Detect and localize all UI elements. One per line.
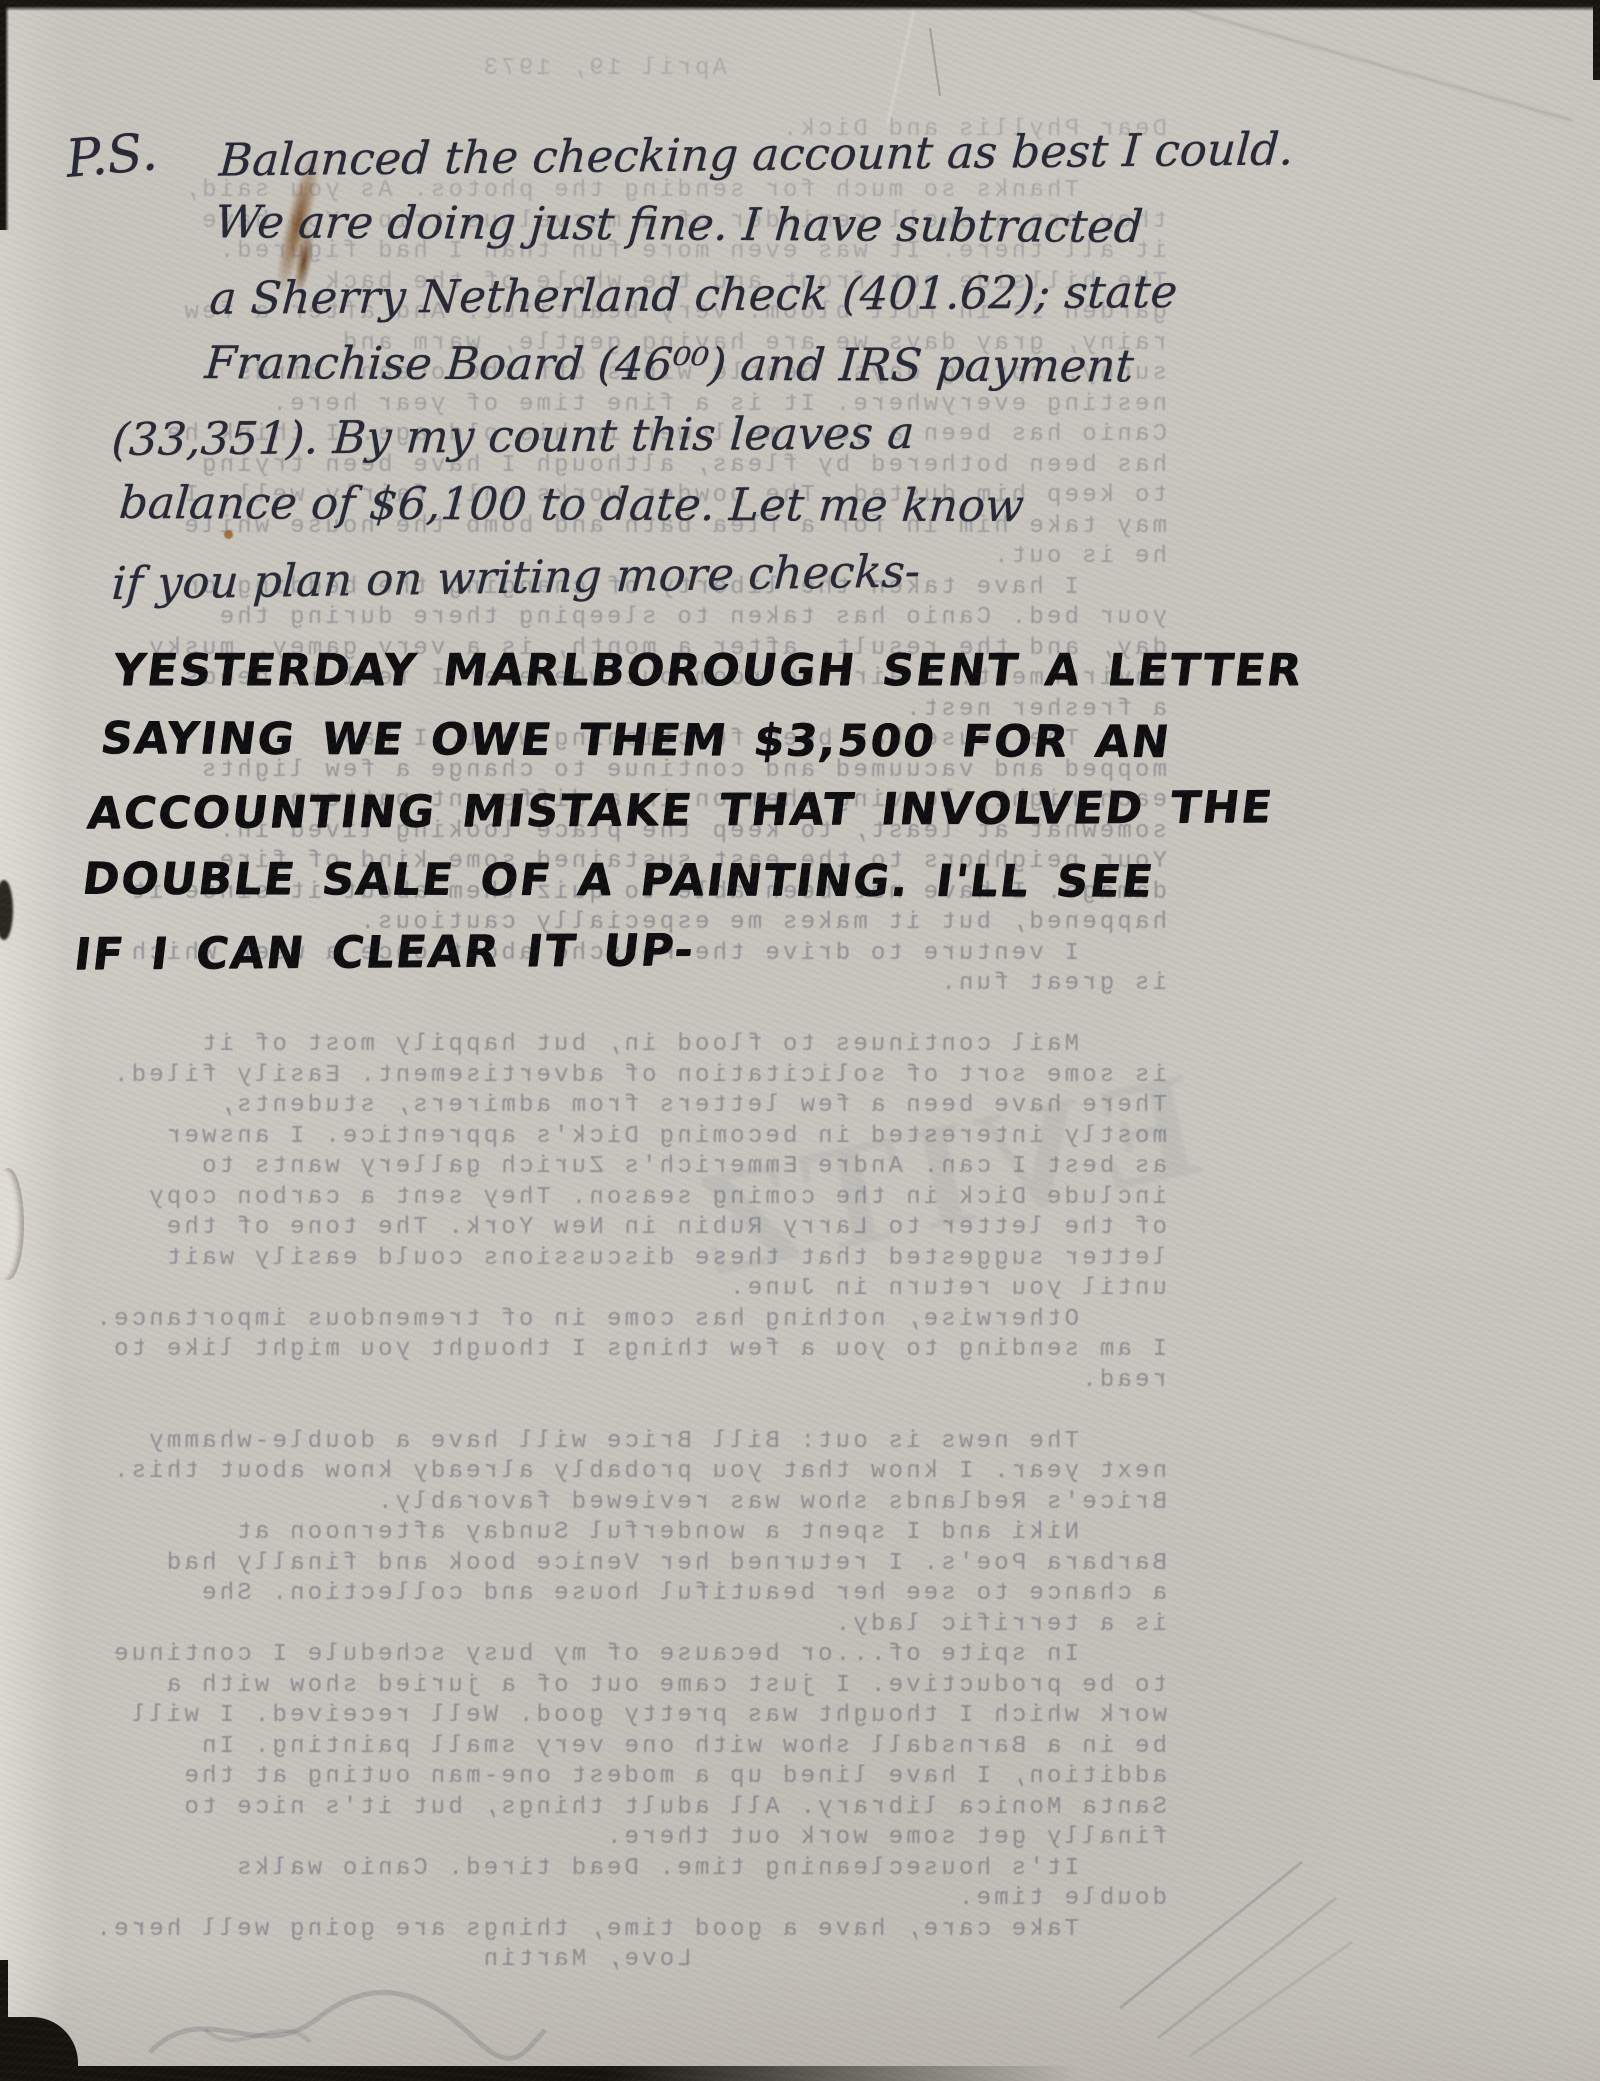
bleedthrough-typed-line: The news is out: Bill Brice will have a … [55,1427,1167,1458]
bleedthrough-typed-line [55,85,1167,116]
paper-chip-left [0,880,13,940]
marker-note-line: ACCOUNTING MISTAKE THAT INVOLVED THE [84,773,1290,849]
pen-note-line: a Sherry Netherland check (401.62); stat… [207,256,1285,333]
bleedthrough-typed-line: until you return in June. [55,1274,1167,1305]
ps-label: P.S. [64,122,160,190]
bleedthrough-typed-line: It's housecleaning time. Dead tired. Can… [55,1854,1167,1885]
paper-tear-left [0,1168,24,1280]
bleedthrough-typed-line: Take care, have a good time, things are … [55,1915,1167,1946]
scan-corner-bottom-left [0,2017,78,2081]
bleedthrough-typed-line: Love, Martin [55,1945,1167,1976]
bleedthrough-typed-line: Mail continues to flood in, but happily … [55,1030,1167,1061]
bleedthrough-typed-line: Brice's Redlands show was reviewed favor… [55,1488,1167,1519]
scan-edge-left [0,0,9,230]
marker-note-line: SAYING WE OWE THEM $3,500 FOR AN [96,704,1298,778]
pen-note-line: Balanced the checking account as best I … [217,114,1295,195]
bleedthrough-typed-line: I am sending to you a few things I thoug… [55,1335,1167,1366]
bleedthrough-typed-line: next year. I know that you probably alre… [55,1457,1167,1488]
bleedthrough-typed-line: work which I thought was pretty good. We… [55,1701,1167,1732]
bleedthrough-typed-line [55,1396,1167,1427]
marker-note-line: DOUBLE SALE OF A PAINTING. I'LL SEE [78,844,1281,917]
pen-note-line: if you plan on writing more checks- [110,531,1266,619]
pen-note-line: balance of $6,100 to date. Let me know [117,468,1271,542]
pen-note-line: We are doing just fine. I have subtracte… [212,187,1290,263]
pen-postscript-note: Balanced the checking account as best I … [188,120,1296,610]
marker-note-line: YESTERDAY MARLBOROUGH SENT A LETTER [109,636,1307,706]
scan-edge-bottom [0,2066,1100,2081]
bleedthrough-typed-line: to be productive. I just came out of a j… [55,1671,1167,1702]
bleedthrough-typed-line: Niki and I spent a wonderful Sunday afte… [55,1518,1167,1549]
bleedthrough-typed-line [55,1000,1167,1031]
bleedthrough-typed-line: Barbara Poe's. I returned her Venice boo… [55,1549,1167,1580]
scan-edge-right-top [1593,0,1600,80]
bleedthrough-typed-line: April 19, 1973 [55,54,1167,85]
pen-note-line: Franchise Board (46⁰⁰) and IRS payment [203,328,1281,402]
paper-crease-diagonal [1158,1,1572,121]
bleedthrough-typed-line: addition, I have lined up a modest one-m… [55,1762,1167,1793]
bleedthrough-typed-line: read. [55,1366,1167,1397]
pen-note-line: (33,351). By my count this leaves a [110,395,1276,475]
bleedthrough-typed-line: Santa Monica library. All adult things, … [55,1793,1167,1824]
bleedthrough-typed-line: double time. [55,1884,1167,1915]
scan-edge-top [0,0,1600,11]
bleedthrough-typed-line: be in a Barnsdall show with one very sma… [55,1732,1167,1763]
bleedthrough-typed-line: finally get some work out there. [55,1823,1167,1854]
marker-note-line: IF I CAN CLEAR IT UP- [70,912,1273,990]
bleedthrough-typed-line: is a terrific lady. [55,1610,1167,1641]
bleedthrough-typed-line: a chance to see her beautiful house and … [55,1579,1167,1610]
marker-note: YESTERDAY MARLBOROUGH SENT A LETTERSAYIN… [75,636,1307,986]
bleedthrough-typed-line: Otherwise, nothing has come in of tremen… [55,1305,1167,1336]
letter-scan-page: April 19, 1973Dear Phyllis and Dick. Tha… [0,0,1600,2081]
bleedthrough-typed-line: In spite of...or because of my busy sche… [55,1640,1167,1671]
